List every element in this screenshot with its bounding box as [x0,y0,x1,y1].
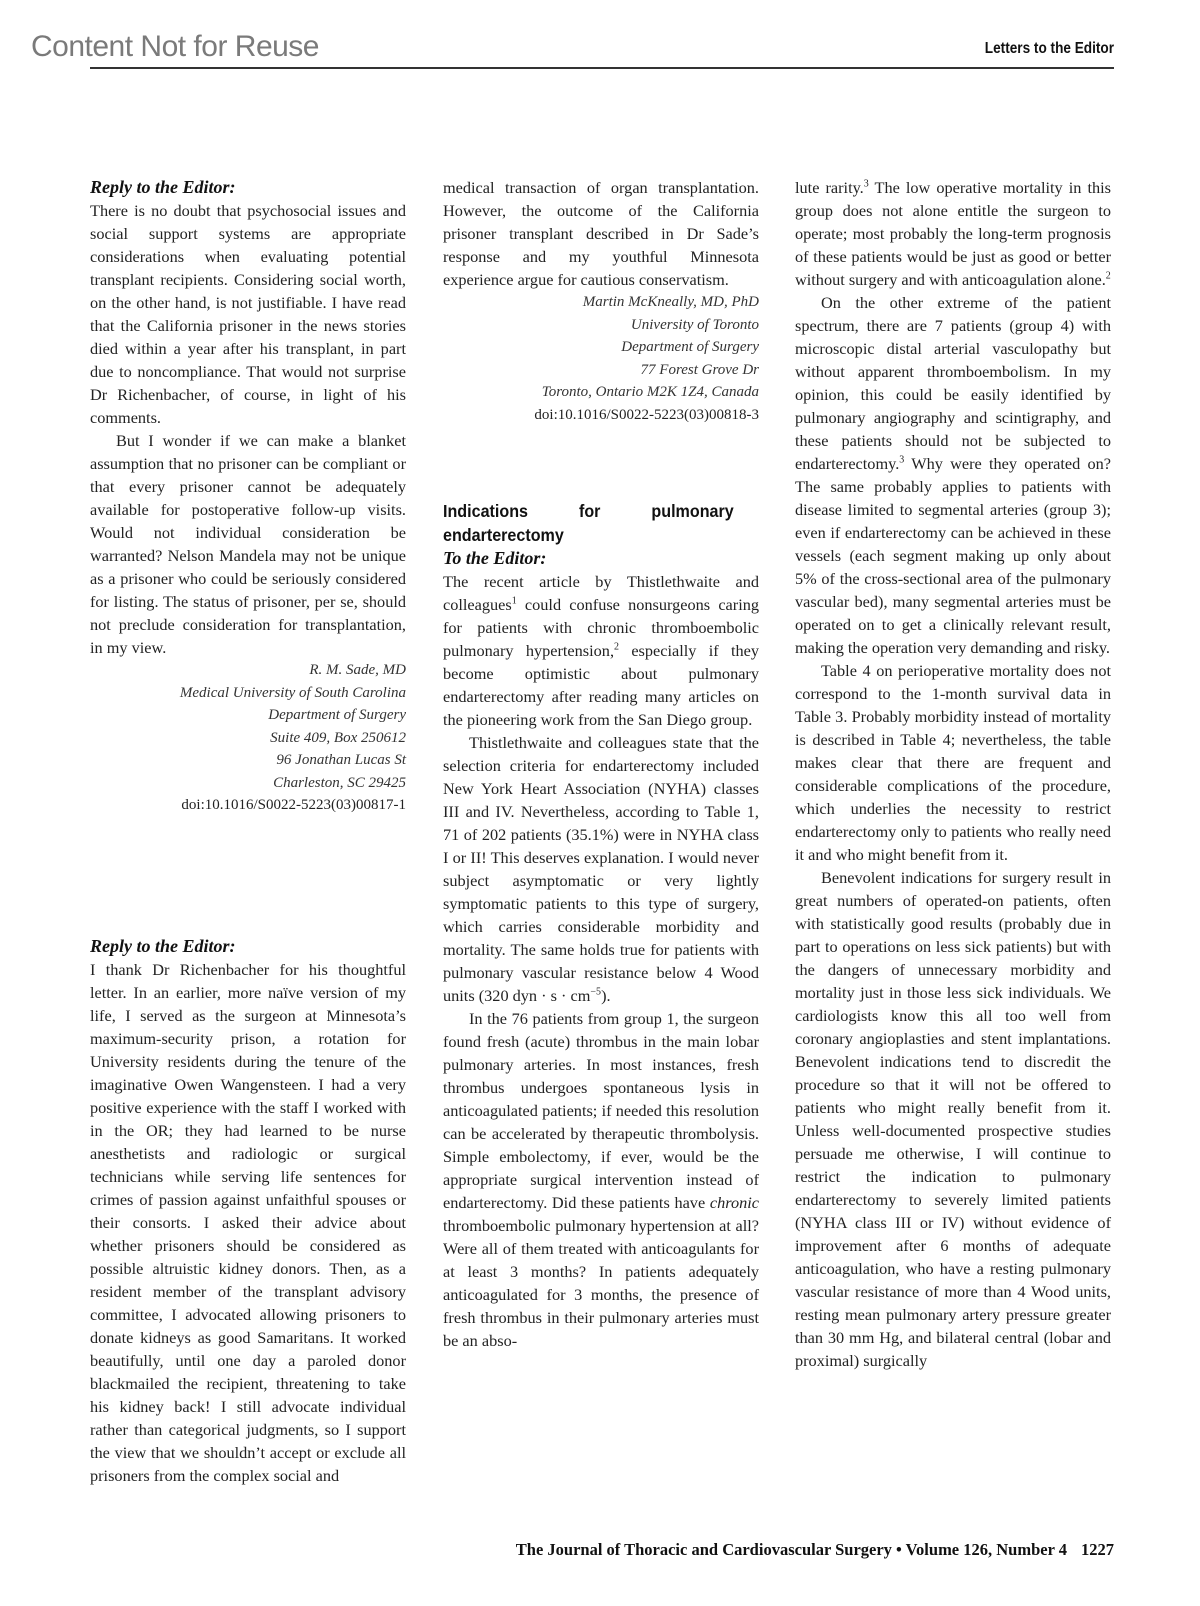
author-department: Department of Surgery [443,336,759,359]
spacer [443,426,759,499]
reply-salutation: Reply to the Editor: [90,176,406,199]
text-run: thromboembolic pulmonary hypertension at… [443,1216,759,1350]
exponent: −5 [590,987,601,998]
column-3: lute rarity.3 The low operative mortalit… [795,176,1111,1372]
letter-salutation: To the Editor: [443,547,759,570]
reply-salutation: Reply to the Editor: [90,935,406,958]
emphasis: chronic [710,1193,759,1212]
journal-citation: The Journal of Thoracic and Cardiovascul… [516,1540,1067,1559]
text-run: ). [601,986,611,1005]
author-affiliation: University of Toronto [443,314,759,337]
author-address: Suite 409, Box 250612 [90,727,406,750]
text-run: Why were they operated on? The same prob… [795,454,1111,657]
author-name: Martin McKneally, MD, PhD [443,291,759,314]
column-1: Reply to the Editor: There is no doubt t… [90,176,406,1487]
text-run: In the 76 patients from group 1, the sur… [443,1009,759,1212]
body-paragraph: medical transaction of organ transplanta… [443,176,759,291]
body-paragraph: But I wonder if we can make a blanket as… [90,429,406,659]
text-run: Thistlethwaite and colleagues state that… [443,733,759,1005]
running-head: Letters to the Editor [985,40,1114,58]
body-paragraph: Benevolent indications for surgery resul… [795,866,1111,1372]
spacer [90,817,406,935]
body-paragraph: On the other extreme of the patient spec… [795,291,1111,659]
body-paragraph: The recent article by Thistlethwaite and… [443,570,759,731]
doi-link[interactable]: doi:10.1016/S0022-5223(03)00817-1 [90,794,406,817]
watermark: Content Not for Reuse [31,30,319,64]
letter-title: Indications for pulmonary endarterectomy [443,499,734,547]
body-paragraph: Thistlethwaite and colleagues state that… [443,731,759,1007]
column-2: medical transaction of organ transplanta… [443,176,759,1352]
header-rule [90,67,1114,69]
author-address: 77 Forest Grove Dr [443,359,759,382]
body-paragraph: lute rarity.3 The low operative mortalit… [795,176,1111,291]
author-address: Charleston, SC 29425 [90,772,406,795]
body-paragraph: Table 4 on perioperative mortality does … [795,659,1111,866]
citation-ref[interactable]: 2 [1106,271,1111,282]
body-paragraph: There is no doubt that psychosocial issu… [90,199,406,429]
page-footer: The Journal of Thoracic and Cardiovascul… [516,1540,1114,1560]
author-address: 96 Jonathan Lucas St [90,749,406,772]
author-affiliation: Medical University of South Carolina [90,682,406,705]
author-name: R. M. Sade, MD [90,659,406,682]
body-paragraph: In the 76 patients from group 1, the sur… [443,1007,759,1352]
author-department: Department of Surgery [90,704,406,727]
doi-link[interactable]: doi:10.1016/S0022-5223(03)00818-3 [443,404,759,427]
author-address: Toronto, Ontario M2K 1Z4, Canada [443,381,759,404]
page-number: 1227 [1081,1540,1114,1559]
text-run: On the other extreme of the patient spec… [795,293,1111,473]
text-run: lute rarity. [795,178,864,197]
body-paragraph: I thank Dr Richenbacher for his thoughtf… [90,958,406,1487]
